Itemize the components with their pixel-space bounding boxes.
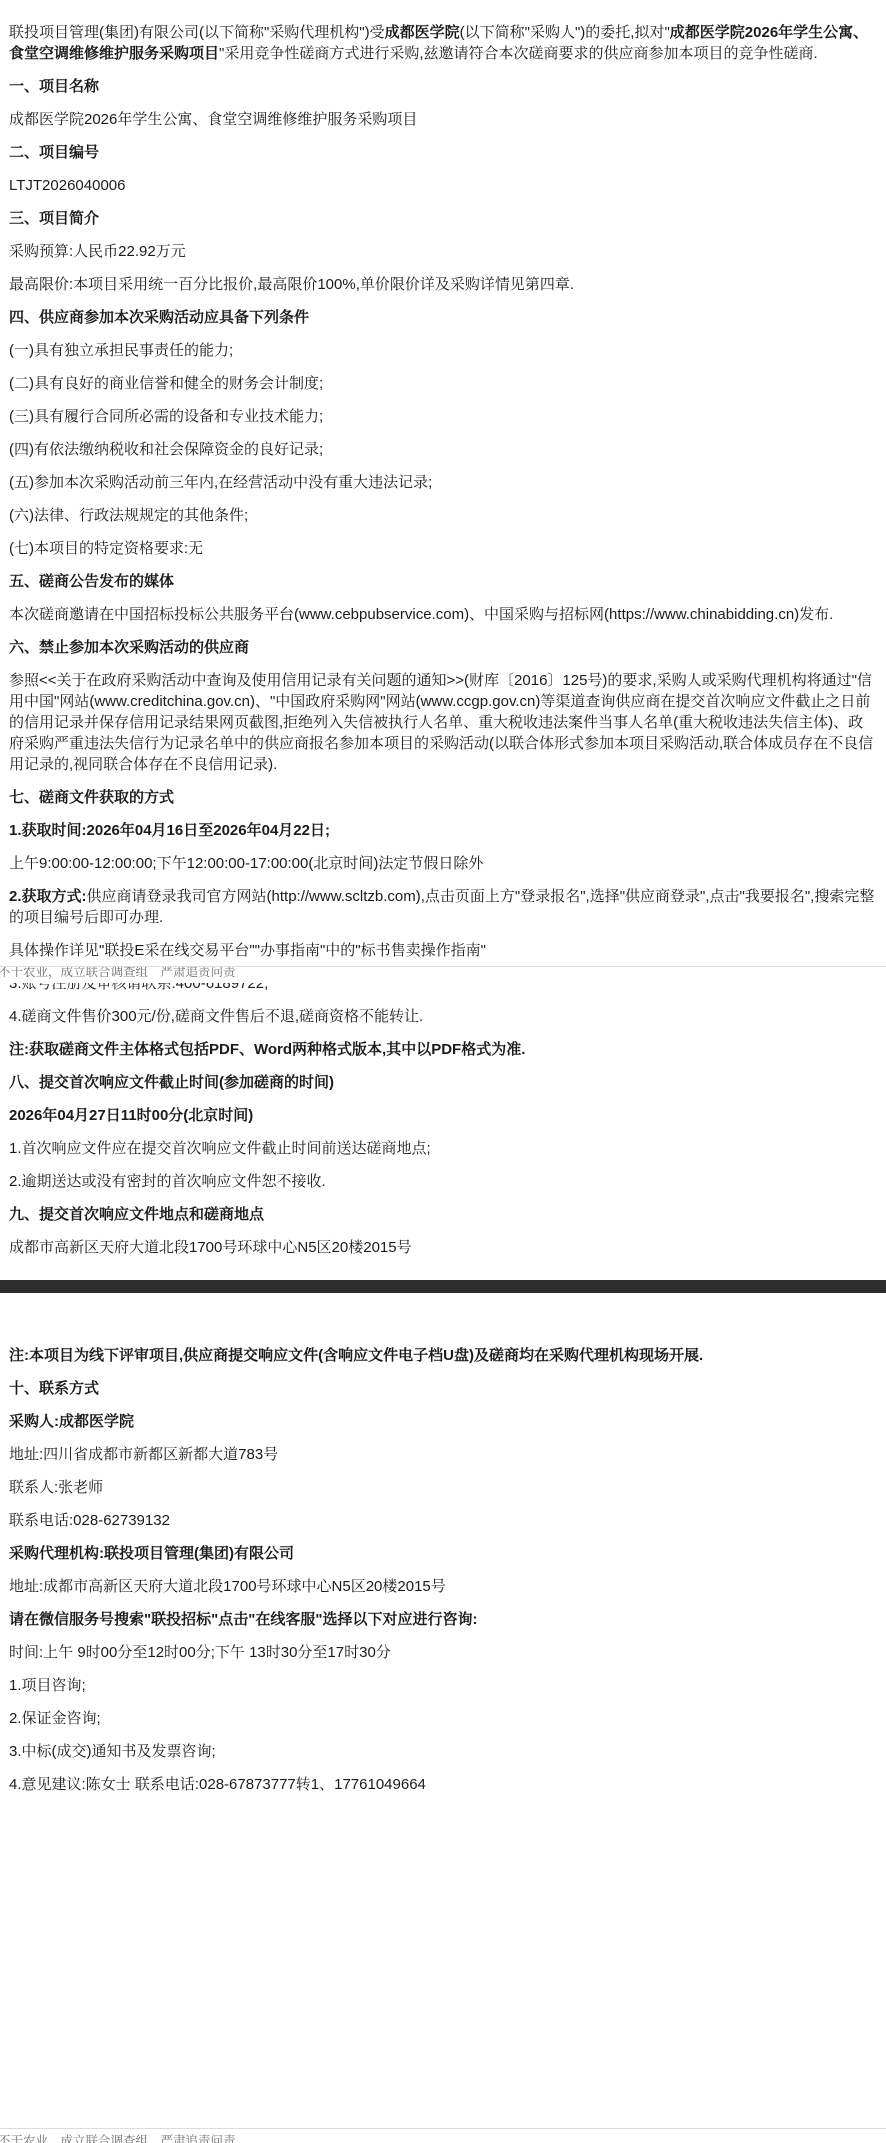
paragraph: 1.项目咨询; bbox=[9, 1675, 877, 1696]
paragraph: (三)具有履行合同所必需的设备和专业技术能力; bbox=[9, 406, 877, 427]
paragraph: 4.磋商文件售价300元/份,磋商文件售后不退,磋商资格不能转让. bbox=[9, 1006, 877, 1027]
paragraph: 联系电话:028-62739132 bbox=[9, 1510, 877, 1531]
paragraph: LTJT2026040006 bbox=[9, 175, 877, 196]
paragraph: 2026年04月27日11时00分(北京时间) bbox=[9, 1105, 877, 1126]
paragraph: 请在微信服务号搜索"联投招标"点击"在线客服"选择以下对应进行咨询: bbox=[9, 1609, 877, 1630]
paragraph: 联投项目管理(集团)有限公司(以下简称"采购代理机构")受成都医学院(以下简称"… bbox=[9, 22, 877, 64]
section-heading: 十、联系方式 bbox=[9, 1378, 877, 1399]
document-body: 联投项目管理(集团)有限公司(以下简称"采购代理机构")受成都医学院(以下简称"… bbox=[9, 22, 877, 1807]
paragraph: (七)本项目的特定资格要求:无 bbox=[9, 538, 877, 559]
paragraph: 时间:上午 9时00分至12时00分;下午 13时30分至17时30分 bbox=[9, 1642, 877, 1663]
paragraph: 本次磋商邀请在中国招标投标公共服务平台(www.cebpubservice.co… bbox=[9, 604, 877, 625]
section-heading: 七、磋商文件获取的方式 bbox=[9, 787, 877, 808]
paragraph: 成都市高新区天府大道北段1700号环球中心N5区20楼2015号 bbox=[9, 1237, 877, 1258]
section-heading: 三、项目简介 bbox=[9, 208, 877, 229]
paragraph: (五)参加本次采购活动前三年内,在经营活动中没有重大违法记录; bbox=[9, 472, 877, 493]
paragraph: (一)具有独立承担民事责任的能力; bbox=[9, 340, 877, 361]
paragraph: 上午9:00:00-12:00:00;下午12:00:00-17:00:00(北… bbox=[9, 853, 877, 874]
paragraph: 4.意见建议:陈女士 联系电话:028-67873777转1、177610496… bbox=[9, 1774, 877, 1795]
section-heading: 九、提交首次响应文件地点和磋商地点 bbox=[9, 1204, 877, 1225]
section-heading: 五、磋商公告发布的媒体 bbox=[9, 571, 877, 592]
paragraph: 地址:四川省成都市新都区新都大道783号 bbox=[9, 1444, 877, 1465]
paragraph: 注:本项目为线下评审项目,供应商提交响应文件(含响应文件电子档U盘)及磋商均在采… bbox=[9, 1345, 877, 1366]
paragraph: 1.首次响应文件应在提交首次响应文件截止时间前送达磋商地点; bbox=[9, 1138, 877, 1159]
paragraph: 采购人:成都医学院 bbox=[9, 1411, 877, 1432]
news-ticker-text: 不干农业，成立联合调查组 严肃追责问责 bbox=[0, 2133, 886, 2143]
paragraph: 2.获取方式:供应商请登录我司官方网站(http://www.scltzb.co… bbox=[9, 886, 877, 928]
section-heading: 八、提交首次响应文件截止时间(参加磋商的时间) bbox=[9, 1072, 877, 1093]
paragraph: 3.中标(成交)通知书及发票咨询; bbox=[9, 1741, 877, 1762]
section-heading: 二、项目编号 bbox=[9, 142, 877, 163]
paragraph: 注:获取磋商文件主体格式包括PDF、Word两种格式版本,其中以PDF格式为准. bbox=[9, 1039, 877, 1060]
paragraph: 2.保证金咨询; bbox=[9, 1708, 877, 1729]
paragraph: 地址:成都市高新区天府大道北段1700号环球中心N5区20楼2015号 bbox=[9, 1576, 877, 1597]
paragraph: 参照<<关于在政府采购活动中查询及使用信用记录有关问题的通知>>(财库〔2016… bbox=[9, 670, 877, 775]
section-heading: 六、禁止参加本次采购活动的供应商 bbox=[9, 637, 877, 658]
paragraph: 采购预算:人民币22.92万元 bbox=[9, 241, 877, 262]
paragraph: (二)具有良好的商业信誉和健全的财务会计制度; bbox=[9, 373, 877, 394]
paragraph: 采购代理机构:联投项目管理(集团)有限公司 bbox=[9, 1543, 877, 1564]
paragraph: 最高限价:本项目采用统一百分比报价,最高限价100%,单价限价详及采购详情见第四… bbox=[9, 274, 877, 295]
paragraph: 1.获取时间:2026年04月16日至2026年04月22日; bbox=[9, 820, 877, 841]
paragraph: 具体操作详见"联投E采在线交易平台""办事指南"中的"标书售卖操作指南" bbox=[9, 940, 877, 961]
news-ticker-overlay-bottom: 不干农业，成立联合调查组 严肃追责问责 bbox=[0, 2128, 886, 2143]
news-ticker-overlay-mid: 不干农业，成立联合调查组 严肃追责问责 bbox=[0, 966, 886, 983]
paragraph: 成都医学院2026年学生公寓、食堂空调维修维护服务采购项目 bbox=[9, 109, 877, 130]
paragraph: (四)有依法缴纳税收和社会保障资金的良好记录; bbox=[9, 439, 877, 460]
section-heading: 四、供应商参加本次采购活动应具备下列条件 bbox=[9, 307, 877, 328]
paragraph: 2.逾期送达或没有密封的首次响应文件恕不接收. bbox=[9, 1171, 877, 1192]
paragraph: 联系人:张老师 bbox=[9, 1477, 877, 1498]
section-heading: 一、项目名称 bbox=[9, 76, 877, 97]
dark-divider-bar bbox=[0, 1280, 886, 1293]
news-ticker-text: 不干农业，成立联合调查组 严肃追责问责 bbox=[0, 966, 886, 981]
paragraph: (六)法律、行政法规规定的其他条件; bbox=[9, 505, 877, 526]
